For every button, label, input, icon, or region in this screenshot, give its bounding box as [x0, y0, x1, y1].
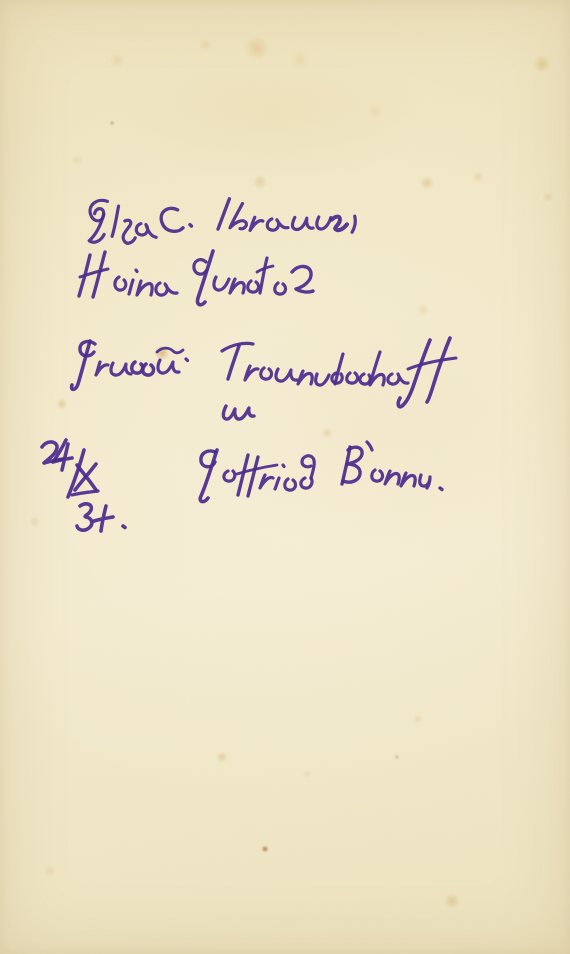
- handwriting-line-2-recipient: [79, 251, 313, 305]
- foxing-spot: [472, 171, 484, 183]
- foxing-spot: [216, 751, 228, 763]
- foxing-spot: [444, 893, 460, 909]
- ink-stroke: [292, 266, 313, 292]
- ink-stroke: [230, 279, 244, 293]
- ink-stroke: [200, 450, 217, 502]
- ink-stroke: [285, 479, 296, 490]
- ink-stroke: [123, 526, 125, 528]
- ink-stroke: [77, 465, 96, 490]
- ink-stroke: [302, 456, 314, 478]
- ink-stroke: [347, 373, 358, 383]
- ink-stroke: [190, 225, 192, 227]
- foxing-spot: [542, 191, 554, 203]
- handwriting-date: [42, 440, 125, 531]
- ink-stroke: [224, 471, 235, 481]
- handwriting-signature: [200, 442, 442, 502]
- ink-stroke: [42, 442, 63, 463]
- ink-stroke: [367, 442, 372, 450]
- ink-stroke: [342, 447, 350, 484]
- ink-stroke: [136, 223, 156, 237]
- ink-stroke: [332, 216, 347, 230]
- foxing-spot: [71, 154, 83, 166]
- ink-stroke: [228, 346, 239, 379]
- ink-stroke: [194, 260, 206, 274]
- ink-stroke: [401, 473, 415, 486]
- ink-stroke: [94, 506, 113, 531]
- ink-stroke: [408, 358, 456, 369]
- ink-stroke: [201, 451, 215, 467]
- ink-stroke: [132, 362, 143, 373]
- ink-stroke: [283, 465, 284, 467]
- ink-stroke: [335, 354, 343, 384]
- ink-stroke: [223, 406, 254, 419]
- ink-stroke: [214, 277, 229, 290]
- ink-stroke: [136, 270, 137, 272]
- foxing-spot: [394, 754, 400, 760]
- ink-stroke: [260, 258, 267, 293]
- ink-stroke: [343, 447, 362, 482]
- ink-stroke: [238, 455, 248, 495]
- ink-stroke: [222, 343, 253, 351]
- foxing-spot: [321, 427, 333, 439]
- book-page: [0, 0, 570, 954]
- ink-stroke: [275, 283, 286, 294]
- ink-stroke: [123, 220, 136, 243]
- ink-stroke: [260, 475, 273, 488]
- ink-stroke: [80, 342, 95, 356]
- handwriting-line-1-recipient: [88, 195, 355, 244]
- ink-stroke: [79, 255, 90, 296]
- foxing-spot: [533, 55, 551, 73]
- foxing-spot: [154, 345, 170, 361]
- handwriting-line-4-connector: [223, 406, 254, 419]
- ink-stroke: [317, 217, 331, 229]
- ink-stroke: [72, 341, 90, 389]
- ink-stroke: [93, 252, 105, 297]
- ink-stroke: [156, 283, 177, 295]
- ink-stroke: [186, 359, 188, 361]
- ink-stroke: [80, 269, 108, 277]
- ink-stroke: [143, 364, 154, 375]
- ink-stroke: [316, 374, 329, 385]
- ink-stroke: [352, 216, 356, 232]
- ink-stroke: [267, 219, 288, 231]
- ink-stroke: [137, 281, 152, 295]
- ink-stroke: [237, 465, 277, 474]
- ink-stroke: [248, 281, 259, 292]
- ink-stroke: [112, 206, 120, 236]
- handwriting-line-3-greeting: [72, 338, 456, 407]
- ink-stroke: [89, 214, 105, 242]
- ink-stroke: [250, 217, 263, 230]
- ink-stroke: [427, 338, 450, 402]
- ink-stroke: [261, 368, 272, 379]
- ink-stroke: [385, 471, 399, 484]
- foxing-spot: [198, 38, 212, 52]
- ink-stroke: [161, 208, 183, 231]
- ink-stroke: [72, 491, 98, 495]
- ink-stroke: [248, 457, 258, 496]
- foxing-layer: [0, 0, 570, 954]
- foxing-spot: [29, 516, 41, 528]
- ink-stroke: [158, 360, 179, 373]
- paper-grain-texture: [0, 0, 570, 954]
- foxing-spot: [416, 303, 430, 317]
- ink-stroke: [245, 366, 258, 380]
- ink-stroke: [275, 478, 279, 489]
- ink-stroke: [440, 488, 442, 490]
- ink-stroke: [77, 504, 92, 530]
- ink-stroke: [398, 340, 430, 407]
- ink-stroke: [292, 217, 313, 230]
- ink-stroke: [129, 280, 133, 294]
- foxing-spot: [367, 104, 383, 120]
- foxing-spot: [302, 769, 312, 779]
- ink-stroke: [90, 200, 108, 221]
- ink-stroke: [276, 369, 297, 381]
- foxing-spot: [261, 845, 269, 853]
- ink-stroke: [332, 373, 342, 383]
- ink-stroke: [217, 199, 230, 229]
- ink-stroke: [75, 464, 96, 490]
- ink-stroke: [157, 348, 183, 353]
- foxing-spot: [44, 865, 56, 877]
- ink-stroke: [372, 470, 383, 481]
- foxing-spot: [413, 714, 423, 724]
- ink-stroke: [68, 450, 84, 497]
- foxing-spot: [109, 120, 115, 126]
- ink-stroke: [96, 362, 108, 375]
- inscription-handwriting: [0, 0, 570, 954]
- foxing-spot: [109, 52, 125, 68]
- ink-stroke: [298, 371, 312, 384]
- ink-stroke: [115, 277, 126, 290]
- ink-stroke: [111, 363, 131, 375]
- foxing-spot: [244, 35, 270, 61]
- ink-stroke: [53, 440, 72, 470]
- foxing-spot: [290, 50, 310, 70]
- ink-stroke: [420, 475, 430, 488]
- ink-stroke: [388, 374, 408, 384]
- ink-stroke: [360, 374, 370, 384]
- ink-stroke: [229, 203, 246, 228]
- foxing-spot: [420, 176, 434, 190]
- ink-stroke: [370, 352, 384, 385]
- ink-stroke: [301, 478, 312, 488]
- foxing-spot: [252, 174, 268, 190]
- ink-stroke: [198, 251, 213, 305]
- foxing-spot: [56, 398, 68, 410]
- ink-stroke: [257, 266, 273, 272]
